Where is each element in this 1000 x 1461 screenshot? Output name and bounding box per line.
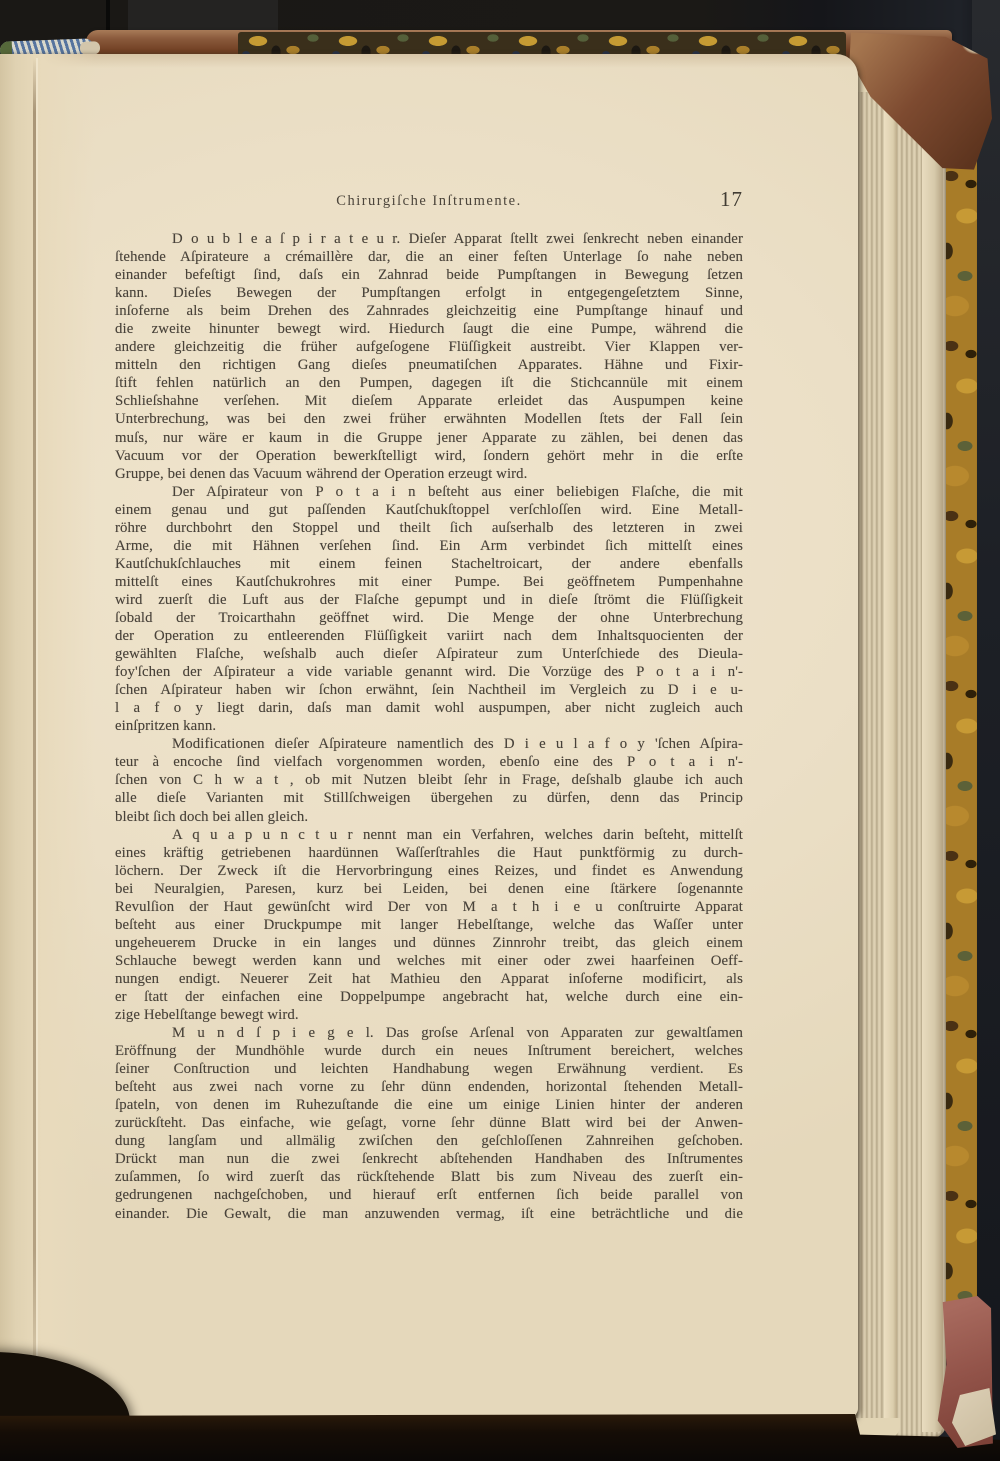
text-line: Revulſion der Haut gewünſcht wird Der vo… (115, 898, 743, 916)
text-line: röhre durchbohrt den Stoppel und theilt … (115, 519, 743, 537)
text-line: ſtehende Aſpirateure a crémaillère dar, … (115, 248, 743, 266)
text-line: ſtift fehlen natürlich an den Pumpen, da… (115, 374, 743, 392)
text-line: zuſammen, ſo wird zuerſt das rückſtehend… (115, 1168, 743, 1186)
text-line: ſobald der Troicarthahn geöffnet wird. D… (115, 609, 743, 627)
text-line: zurückſteht. Das einfache, wie geſagt, v… (115, 1114, 743, 1132)
text-line: Unterbrechung, was bei den zwei früher e… (115, 410, 743, 428)
text-line: muſs, nur wäre er kaum in die Gruppe jen… (115, 429, 743, 447)
page-stack-fore-edge (850, 54, 946, 1438)
text-line: er ſtatt der einfachen eine Doppelpumpe … (115, 988, 743, 1006)
text-line: ungeheuerem Drucke in ein langes und dün… (115, 934, 743, 952)
text-line: Kautſchukſchlauches mit einem feinen Sta… (115, 555, 743, 573)
text-line: bei Neuralgien, Paresen, kurz bei Leiden… (115, 880, 743, 898)
gutter-shadow (0, 54, 95, 1418)
text-line: ſeiner Conſtruction und leichten Handhab… (115, 1060, 743, 1078)
page-number: 17 (720, 187, 743, 212)
text-line: mittelſt eines Kautſchukrohres mit einer… (115, 573, 743, 591)
text-line: ſchen Aſpirateur haben wir ſchon erwähnt… (115, 681, 743, 699)
text-line: zige Hebelſtange bewegt wird. (115, 1006, 743, 1024)
text-line: einander. Die Gewalt, die man anzuwenden… (115, 1205, 743, 1223)
running-header-title: Chirurgiſche Inſtrumente. (115, 193, 743, 210)
text-line: einander befeſtigt ſind, daſs ein Zahnra… (115, 266, 743, 284)
paragraph: A q u a p u n c t u r nennt man ein Verf… (115, 826, 743, 1025)
text-line: l a f o y liegt darin, daſs man damit wo… (115, 699, 743, 717)
text-body: D o u b l e a ſ p i r a t e u r. Dieſer … (115, 230, 743, 1223)
running-header: Chirurgiſche Inſtrumente. 17 (115, 193, 743, 217)
text-line: Vacuum vor der Operation bewerkſtelligt … (115, 447, 743, 465)
text-line: beſteht aus einer Druckpumpe mit langer … (115, 916, 743, 934)
paragraph: D o u b l e a ſ p i r a t e u r. Dieſer … (115, 230, 743, 483)
text-line: alle dieſe Varianten mit Stillſchweigen … (115, 789, 743, 807)
text-line: löchern. Der Zweck iſt die Hervorbringun… (115, 862, 743, 880)
text-line: Eröffnung der Mundhöhle wurde durch ein … (115, 1042, 743, 1060)
text-line: ſpateln, von denen im Ruhezuſtande die e… (115, 1096, 743, 1114)
text-line: Gruppe, bei denen das Vacuum während der… (115, 465, 743, 483)
text-line: nungen endigt. Neuerer Zeit hat Mathieu … (115, 970, 743, 988)
text-line: Arme, die mit Hähnen verſehen ſind. Ein … (115, 537, 743, 555)
text-line: Schlauche bewegt werden kann und welches… (115, 952, 743, 970)
text-line: einem genau und gut paſſenden Kautſchukſ… (115, 501, 743, 519)
paragraph: Der Aſpirateur von P o t a i n beſteht a… (115, 483, 743, 736)
text-line: ſchen von C h w a t , ob mit Nutzen blei… (115, 771, 743, 789)
paragraph: M u n d ſ p i e g e l. Das groſse Arſena… (115, 1024, 743, 1223)
book-scan: Chirurgiſche Inſtrumente. 17 D o u b l e… (0, 0, 1000, 1461)
text-line: eines kräftig getriebenen haardünnen Waſ… (115, 844, 743, 862)
text-line: Der Aſpirateur von P o t a i n beſteht a… (115, 483, 743, 501)
text-line: gewählten Flaſche, weſshalb auch dieſer … (115, 645, 743, 663)
page-edge-band (884, 56, 897, 1434)
text-line: Drückt man nun die zwei ſenkrecht abſteh… (115, 1150, 743, 1168)
text-line: D o u b l e a ſ p i r a t e u r. Dieſer … (115, 230, 743, 248)
text-line: der Operation zu entleerenden Flüſſigkei… (115, 627, 743, 645)
backdrop-bottom (0, 1414, 1000, 1461)
text-line: die zweite hinunter bewegt wird. Hiedurc… (115, 320, 743, 338)
text-line: beſteht aus zwei nach vorne zu ſehr dünn… (115, 1078, 743, 1096)
text-line: einſpritzen kann. (115, 717, 743, 735)
text-line: teur à encoche ſind vielfach vorgenommen… (115, 753, 743, 771)
text-line: kann. Dieſes Bewegen der Pumpſtangen erf… (115, 284, 743, 302)
text-line: M u n d ſ p i e g e l. Das groſse Arſena… (115, 1024, 743, 1042)
text-line: foy'ſchen der Aſpirateur a vide variable… (115, 663, 743, 681)
text-line: Schlieſshahne verſehen. Mit dieſem Appar… (115, 392, 743, 410)
text-line: bleibt ſich doch bei allen gleich. (115, 808, 743, 826)
marbled-fore-edge (941, 156, 977, 1306)
gutter-crease-highlight (36, 58, 38, 1414)
text-line: andere gleichzeitig die früher aufgeſoge… (115, 338, 743, 356)
text-line: wird zuerſt die Luft aus der Flaſche gep… (115, 591, 743, 609)
text-line: inſoferne als beim Drehen des Zahnrades … (115, 302, 743, 320)
text-line: gedrungenen nachgeſchoben, und hierauf e… (115, 1186, 743, 1204)
page-edge-band (922, 58, 943, 1432)
text-line: dung langſam und allmälig zwiſchen den g… (115, 1132, 743, 1150)
text-line: Modificationen dieſer Aſpirateure nament… (115, 735, 743, 753)
text-line: mitteln den richtigen Gang dieſes pneuma… (115, 356, 743, 374)
text-line: A q u a p u n c t u r nennt man ein Verf… (115, 826, 743, 844)
paragraph: Modificationen dieſer Aſpirateure nament… (115, 735, 743, 825)
